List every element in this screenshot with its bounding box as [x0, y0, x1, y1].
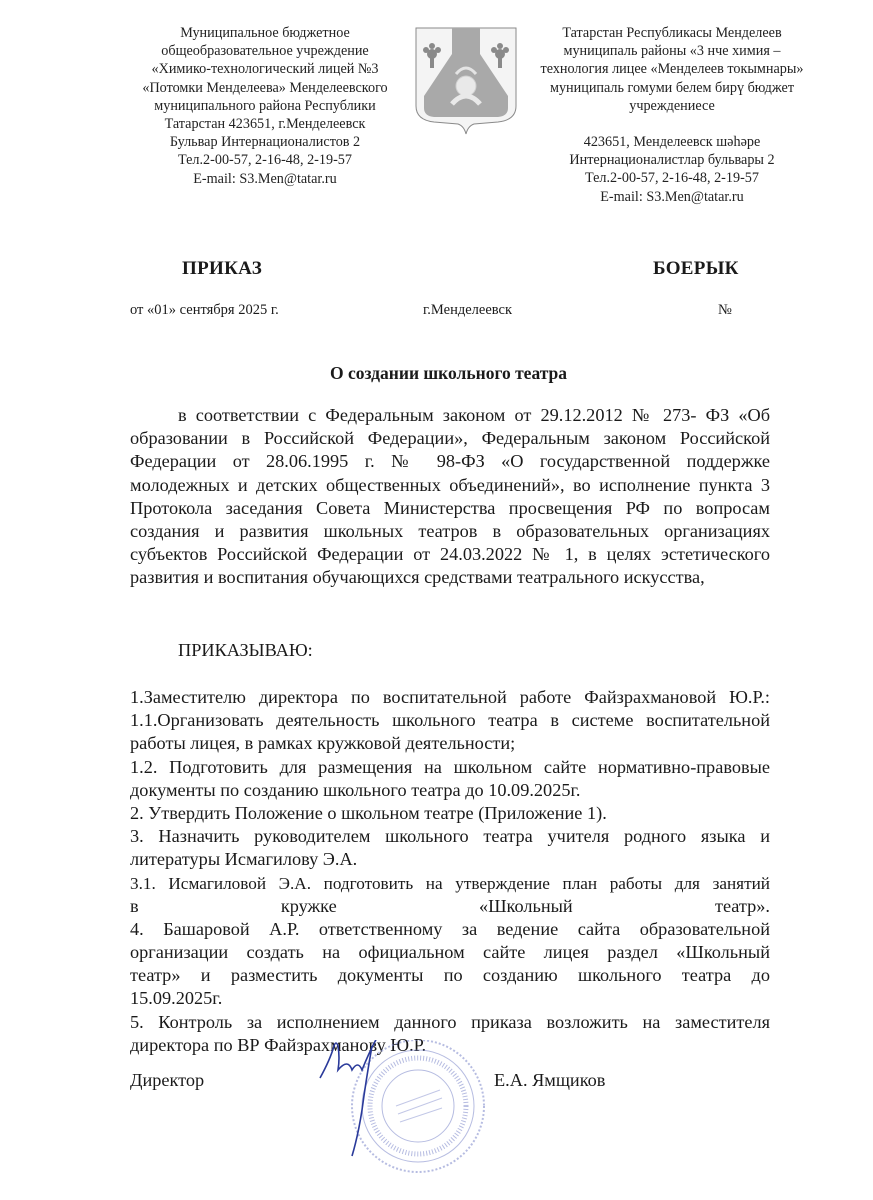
order-heading: ПРИКАЗЫВАЮ:: [178, 640, 313, 661]
header-line: «Химико-технологический лицей №3: [130, 60, 400, 78]
text-line: молодежных и детских общественных объеди…: [130, 474, 770, 497]
header-line: Тел.2-00-57, 2-16-48, 2-19-57: [522, 169, 822, 187]
preamble-paragraph: в соответствии с Федеральным законом от …: [130, 404, 770, 590]
order-items: 1.Заместителю директора по воспитательно…: [130, 686, 770, 1057]
text-line: в соответствии с Федеральным законом от …: [130, 404, 770, 427]
signatory-role: Директор: [130, 1070, 204, 1091]
title-tatar: БОЕРЫК: [653, 258, 739, 280]
header-line: E-mail: S3.Men@tatar.ru: [522, 188, 822, 206]
header-line: Интернационалистлар бульвары 2: [522, 151, 822, 169]
text-line: Протокола заседания Совета Министерства …: [130, 497, 770, 520]
handwritten-signature-icon: [320, 1040, 378, 1156]
item-line: работы лицея, в рамках кружковой деятель…: [130, 732, 770, 755]
signatory-name: Е.А. Ямщиков: [494, 1070, 605, 1091]
order-number: №: [718, 302, 732, 319]
text-line: создания и развития школьных театров в о…: [130, 520, 770, 543]
header-line: «Потомки Менделеева» Менделеевского: [130, 79, 400, 97]
item-line: 1.2. Подготовить для размещения на школь…: [130, 756, 770, 779]
text-line: образовании в Российской Федерации», Фед…: [130, 427, 770, 450]
header-line: E-mail: S3.Men@tatar.ru: [130, 170, 400, 188]
order-city: г.Менделеевск: [423, 302, 512, 319]
header-right-tatar: Татарстан Республикасы Менделеев муницип…: [522, 24, 822, 206]
item-line: 5. Контроль за исполнением данного прика…: [130, 1011, 770, 1034]
header-line: Бульвар Интернационалистов 2: [130, 133, 400, 151]
header-line: Муниципальное бюджетное: [130, 24, 400, 42]
item-line: 3. Назначить руководителем школьного теа…: [130, 825, 770, 848]
text-line: субъектов Российской Федерации от 24.03.…: [130, 543, 770, 566]
item-line: 15.09.2025г.: [130, 987, 770, 1010]
header-line: Тел.2-00-57, 2-16-48, 2-19-57: [130, 151, 400, 169]
round-seal-icon: [318, 1040, 508, 1190]
header-line: 423651, Менделеевск шәһәре: [522, 133, 822, 151]
header-line: муниципаль районы «3 нче химия –: [522, 42, 822, 60]
item-line: организации создать на официальном сайте…: [130, 941, 770, 964]
item-line: театр» и разместить документы по создани…: [130, 964, 770, 987]
item-line: в кружке «Школьный театр».: [130, 895, 770, 918]
header-line: муниципаль гомуми белем бирү бюджет: [522, 79, 822, 97]
title-russian: ПРИКАЗ: [182, 258, 262, 280]
item-line: 1.Заместителю директора по воспитательно…: [130, 686, 770, 709]
header-line: Татарстан Республикасы Менделеев: [522, 24, 822, 42]
item-line: 2. Утвердить Положение о школьном театре…: [130, 802, 770, 825]
text-line: Федерации от 28.06.1995 г. № 98-ФЗ «О го…: [130, 450, 770, 473]
header-line: муниципального района Республики: [130, 97, 400, 115]
coat-of-arms-icon: [408, 24, 524, 144]
header-line: общеобразовательное учреждение: [130, 42, 400, 60]
text-line: развития и воспитания обучающихся средст…: [130, 566, 770, 589]
order-subject: О создании школьного театра: [0, 363, 873, 384]
item-line: документы по созданию школьного театра д…: [130, 779, 770, 802]
header-line: Татарстан 423651, г.Менделеевск: [130, 115, 400, 133]
item-line: литературы Исмагилову Э.А.: [130, 848, 770, 871]
header-line: учреждениесе: [522, 97, 822, 115]
order-date: от «01» сентября 2025 г.: [130, 302, 279, 319]
item-line: 4. Башаровой А.Р. ответственному за веде…: [130, 918, 770, 941]
header-left-russian: Муниципальное бюджетное общеобразователь…: [130, 24, 400, 188]
header-line: технология лицее «Менделеев токымнары»: [522, 60, 822, 78]
item-line: 3.1. Исмагиловой Э.А. подготовить на утв…: [130, 872, 770, 895]
item-line: 1.1.Организовать деятельность школьного …: [130, 709, 770, 732]
